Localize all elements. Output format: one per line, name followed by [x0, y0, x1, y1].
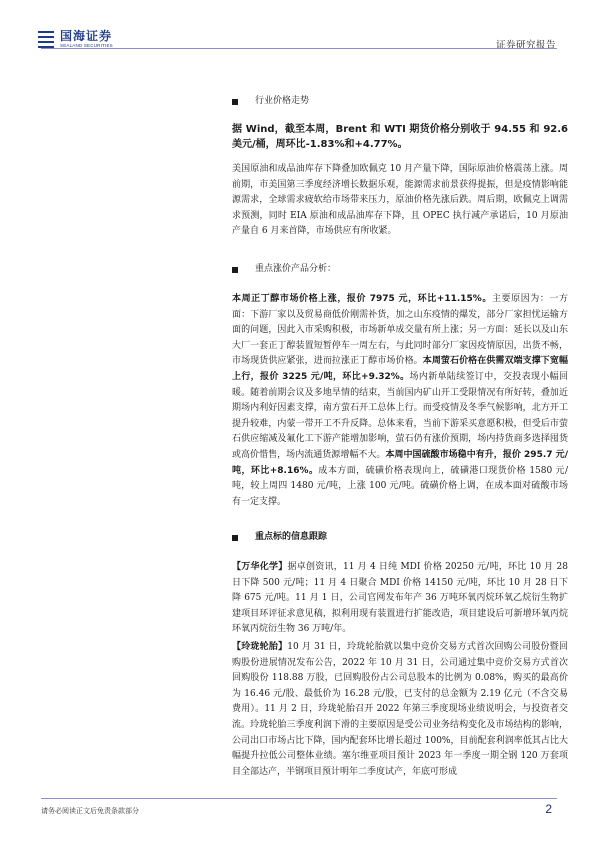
tracking-text: 10 月 31 日，玲珑轮胎就以集中竞价交易方式首次回购公司股份暨回购股份进展情…: [232, 642, 568, 777]
logo-name-cn: 国海证券: [60, 30, 113, 42]
logo-mark-icon: [38, 31, 54, 48]
oil-price-body: 美国原油和成品油库存下降叠加欧佩克 10 月产量下降，国际原油价格震荡上涨。周前…: [232, 162, 568, 240]
company-logo: 国海证券 SEALAND SECURITIES: [38, 30, 113, 49]
company-name: 【万华化学】: [232, 562, 288, 572]
section-heading: 重点标的信息跟踪: [232, 530, 568, 546]
section-heading: 重点涨价产品分析：: [232, 262, 568, 278]
company-name: 【玲珑轮胎】: [232, 642, 287, 652]
section-key-products: 重点涨价产品分析：: [232, 262, 568, 278]
section-title: 重点标的信息跟踪: [255, 530, 327, 546]
oil-price-highlight: 据 Wind，截至本周，Brent 和 WTI 期货价格分别收于 94.55 和…: [232, 122, 568, 152]
tracking-item-wanhua: 【万华化学】据卓创资讯，11 月 4 日纯 MDI 价格 20250 元/吨，环…: [232, 560, 568, 638]
bullet-square-icon: [232, 267, 238, 273]
section-tracking: 重点标的信息跟踪: [232, 530, 568, 546]
fluorite-text: 场内新单陆续签订中，交投表现小幅回暖。随着前期会议及多地旱情的结束，当前国内矿山…: [232, 372, 568, 460]
disclaimer-notice: 请务必阅读正文后免责条款部分: [41, 806, 139, 816]
highlight-text: 据 Wind，截至本周，Brent 和 WTI 期货价格分别收于 94.55 和…: [232, 122, 568, 152]
key-products-body: 本周正丁醇市场价格上涨，报价 7975 元，环比+11.15%。主要原因为：一方…: [232, 292, 568, 510]
bullet-square-icon: [232, 535, 238, 541]
bullet-square-icon: [232, 99, 238, 105]
section-title: 行业价格走势: [255, 94, 309, 110]
body-text: 美国原油和成品油库存下降叠加欧佩克 10 月产量下降，国际原油价格震荡上涨。周前…: [232, 162, 568, 240]
product-paragraph: 本周正丁醇市场价格上涨，报价 7975 元，环比+11.15%。主要原因为：一方…: [232, 292, 568, 510]
page-number: 2: [545, 802, 552, 816]
section-title: 重点涨价产品分析：: [255, 262, 336, 278]
tracking-item-linglong: 【玲珑轮胎】10 月 31 日，玲珑轮胎就以集中竞价交易方式首次回购公司股份暨回…: [232, 640, 568, 780]
section-industry-price: 行业价格走势: [232, 94, 568, 110]
footer-divider: [41, 798, 557, 799]
butanol-highlight: 本周正丁醇市场价格上涨，报价 7975 元，环比+11.15%。: [232, 294, 492, 304]
header-divider: [41, 48, 557, 49]
section-heading: 行业价格走势: [232, 94, 568, 110]
tracking-text: 据卓创资讯，11 月 4 日纯 MDI 价格 20250 元/吨，环比 10 月…: [232, 562, 568, 634]
